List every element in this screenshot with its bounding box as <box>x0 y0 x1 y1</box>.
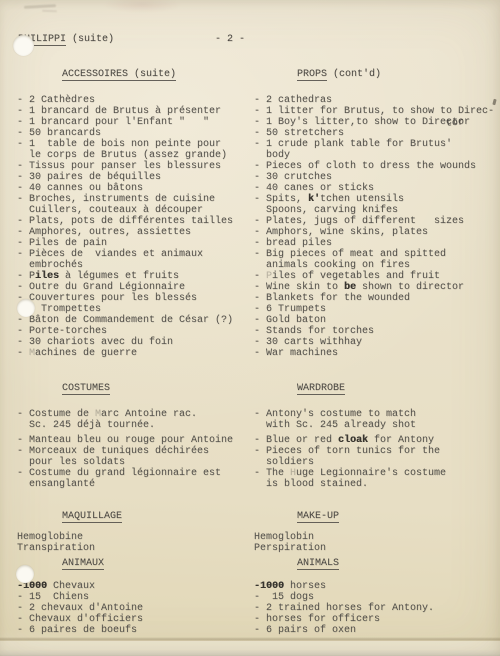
list-item: - 1 table de bois non peinte pour <box>17 139 257 150</box>
list-item: - 50 stretchers <box>254 128 500 139</box>
section-lines: HemoglobineTranspiration <box>17 532 257 554</box>
list-item: - Pieces of cloth to dress the wounds <box>254 161 500 172</box>
section-header-text: MAKE-UP <box>297 511 339 523</box>
list-item: - Piles à légumes et fruits <box>17 271 257 282</box>
list-item-segment: - Costume de <box>17 409 95 420</box>
list-item: animals cooking on fires <box>254 260 500 271</box>
section-lines: HemoglobinPerspiration <box>254 532 500 554</box>
list-item-segment: M <box>29 348 35 359</box>
section-header-text: PROPS <box>297 69 327 81</box>
list-item: Hemoglobine <box>17 532 257 543</box>
list-item-segment: k' <box>308 194 320 205</box>
list-item: - 40 canes or sticks <box>254 183 500 194</box>
list-item-segment: be <box>344 282 356 293</box>
list-item: - Chevaux d'officiers <box>17 614 257 625</box>
list-item-segment: - Blue or red <box>254 435 338 446</box>
list-item-segment: - P <box>17 271 35 282</box>
list-item: Hemoglobin <box>254 532 500 543</box>
list-item: - Antony's costume to match <box>254 409 500 420</box>
list-item-segment: tchen utensils <box>320 194 404 205</box>
list-item: Perspiration <box>254 543 500 554</box>
list-item-segment: - Wine skin to <box>254 282 344 293</box>
paper-bottom-edge <box>0 641 500 656</box>
section-header: COSTUMES <box>62 383 110 394</box>
list-item: - 2 cathedras <box>254 95 500 106</box>
list-item: - Plats, pots de différentes tailles <box>17 216 257 227</box>
list-item-segment: -1000 <box>254 581 284 592</box>
list-item: - Couvertures pour les blessés <box>17 293 257 304</box>
list-item: - Amphors, wine skins, plates <box>254 227 500 238</box>
list-item: - 2 Cathèdres <box>17 95 257 106</box>
section-header: ANIMAUX <box>62 558 104 569</box>
list-item-segment: - <box>17 348 29 359</box>
list-item: - 6 Trompettes <box>17 304 257 315</box>
list-item: - 1 brancard pour l'Enfant " " <box>17 117 257 128</box>
document-page: { "page": { "title": "PHILIPPI", "title_… <box>0 0 500 656</box>
section-header: MAKE-UP <box>297 511 339 522</box>
section-lines: -1000 horses- 15 dogs- 2 trained horses … <box>254 581 500 636</box>
list-item: Transpiration <box>17 543 257 554</box>
list-item-segment: P <box>266 271 272 282</box>
section-header: WARDROBE <box>297 383 345 394</box>
list-item: - horses for officers <box>254 614 500 625</box>
section-header: MAQUILLAGE <box>62 511 122 522</box>
list-item: - 1 litter for Brutus, to show to Direc- <box>254 106 500 117</box>
section-header: ACCESSOIRES (suite) <box>62 69 176 80</box>
list-item: - 6 Trumpets <box>254 304 500 315</box>
list-item: - 1 brancard de Brutus à présenter <box>17 106 257 117</box>
section-lines: - 2 cathedras- 1 litter for Brutus, to s… <box>254 95 500 359</box>
list-item: - Stands for torches <box>254 326 500 337</box>
list-item: le corps de Brutus (assez grande) <box>17 150 257 161</box>
list-item: is blood stained. <box>254 479 500 490</box>
list-item-segment: arc Antoine rac. <box>101 409 197 420</box>
list-item: - Outre du Grand Légionnaire <box>17 282 257 293</box>
list-item-segment: for Antony <box>368 435 434 446</box>
punch-hole <box>17 299 35 317</box>
section-lines: - Antony's costume to match with Sc. 245… <box>254 409 500 490</box>
list-item: soldiers <box>254 457 500 468</box>
list-item-segment: - The <box>254 468 290 479</box>
punch-hole <box>13 35 34 56</box>
list-item: - Porte-torches <box>17 326 257 337</box>
english-column: PROPS (cont'd)- 2 cathedras- 1 litter fo… <box>254 0 500 656</box>
list-item: - 30 paires de béquilles <box>17 172 257 183</box>
section-header-text: MAQUILLAGE <box>62 511 122 523</box>
list-item: - Amphores, outres, assiettes <box>17 227 257 238</box>
list-item: - War machines <box>254 348 500 359</box>
list-item: - Manteau bleu ou rouge pour Antoine <box>17 435 257 446</box>
list-item: - Bâton de Commandement de César (?) <box>17 315 257 326</box>
list-item-segment: Chevaux <box>47 581 95 592</box>
list-item: - 6 pairs of oxen <box>254 625 500 636</box>
list-item: - 30 crutches <box>254 172 500 183</box>
list-item: - 40 cannes ou bâtons <box>17 183 257 194</box>
list-item: - Blue or red cloak for Antony <box>254 435 500 446</box>
section-header-text: ANIMALS <box>297 558 339 570</box>
list-item: Sc. 245 déjà tournée. <box>17 420 257 431</box>
list-item-segment: cloak <box>338 435 368 446</box>
list-item: - Costume de Marc Antoine rac. <box>17 409 257 420</box>
list-item: - Big pieces of meat and spitted <box>254 249 500 260</box>
list-item-segment: H <box>290 468 296 479</box>
list-item: - Piles of vegetables and fruit <box>254 271 500 282</box>
list-item: - 1 crude plank table for Brutus' <box>254 139 500 150</box>
list-item: - Piles de pain <box>17 238 257 249</box>
list-item: - 15 dogs <box>254 592 500 603</box>
french-column: ACCESSOIRES (suite)- 2 Cathèdres- 1 bran… <box>17 0 257 656</box>
list-item: - 50 brancards <box>17 128 257 139</box>
list-item: - Wine skin to be shown to director <box>254 282 500 293</box>
list-item-segment: - Spits, <box>254 194 308 205</box>
list-item: - bread piles <box>254 238 500 249</box>
list-item: - Costume du grand légionnaire est <box>17 468 257 479</box>
list-item-segment: horses <box>284 581 326 592</box>
list-item: ensanglanté <box>17 479 257 490</box>
section-header-text: COSTUMES <box>62 383 110 395</box>
list-item-segment: M <box>95 409 101 420</box>
list-item: with Sc. 245 already shot <box>254 420 500 431</box>
section-header-text: ANIMAUX <box>62 558 104 570</box>
list-item: Spoons, carving knifes <box>254 205 500 216</box>
section-lines: -1000 Chevaux- 15 Chiens- 2 chevaux d'An… <box>17 581 257 636</box>
section-header: PROPS (cont'd) <box>297 69 381 80</box>
list-item: embrochés <box>17 260 257 271</box>
list-item: - 2 chevaux d'Antoine <box>17 603 257 614</box>
list-item-segment: - <box>254 271 266 282</box>
list-item: - Spits, k'tchen utensils <box>254 194 500 205</box>
list-item-segment: iles of vegetables and fruit <box>272 271 440 282</box>
list-item: pour les soldats <box>17 457 257 468</box>
list-item: -1000 Chevaux <box>17 581 257 592</box>
list-item: - 6 paires de boeufs <box>17 625 257 636</box>
list-item: - 15 Chiens <box>17 592 257 603</box>
section-header-text: ACCESSOIRES (suite) <box>62 69 176 81</box>
list-item-segment: shown to director <box>356 282 464 293</box>
list-item: body <box>254 150 500 161</box>
list-item-segment: achines de guerre <box>35 348 137 359</box>
list-item: - Broches, instruments de cuisine <box>17 194 257 205</box>
list-item-segment: à légumes et fruits <box>59 271 179 282</box>
section-header: ANIMALS <box>297 558 339 569</box>
list-item: - Pièces de viandes et animaux <box>17 249 257 260</box>
list-item-segment: uge Legionnaire's costume <box>296 468 446 479</box>
list-item: - 30 chariots avec du foin <box>17 337 257 348</box>
punch-hole <box>16 565 34 583</box>
section-header-suffix: (cont'd) <box>327 69 381 80</box>
list-item: - The Huge Legionnaire's costume <box>254 468 500 479</box>
list-item: - Plates, jugs of different sizes <box>254 216 500 227</box>
list-item: Cuillers, couteaux à découper <box>17 205 257 216</box>
list-item: - Blankets for the wounded <box>254 293 500 304</box>
list-item: - Morceaux de tuniques déchirées <box>17 446 257 457</box>
list-item: - Machines de guerre <box>17 348 257 359</box>
section-header-text: WARDROBE <box>297 383 345 395</box>
section-lines: - Costume de Marc Antoine rac. Sc. 245 d… <box>17 409 257 490</box>
section-lines: - 2 Cathèdres- 1 brancard de Brutus à pr… <box>17 95 257 359</box>
list-item: - 2 trained horses for Antony. <box>254 603 500 614</box>
list-item: - 30 carts withhay <box>254 337 500 348</box>
hyphenated-word-overflow: tor <box>446 117 465 130</box>
list-item: -1000 horses <box>254 581 500 592</box>
list-item: - Gold baton <box>254 315 500 326</box>
list-item-segment: iles <box>35 271 59 282</box>
list-item: - Tissus pour panser les blessures <box>17 161 257 172</box>
list-item: - Pieces of torn tunics for the <box>254 446 500 457</box>
